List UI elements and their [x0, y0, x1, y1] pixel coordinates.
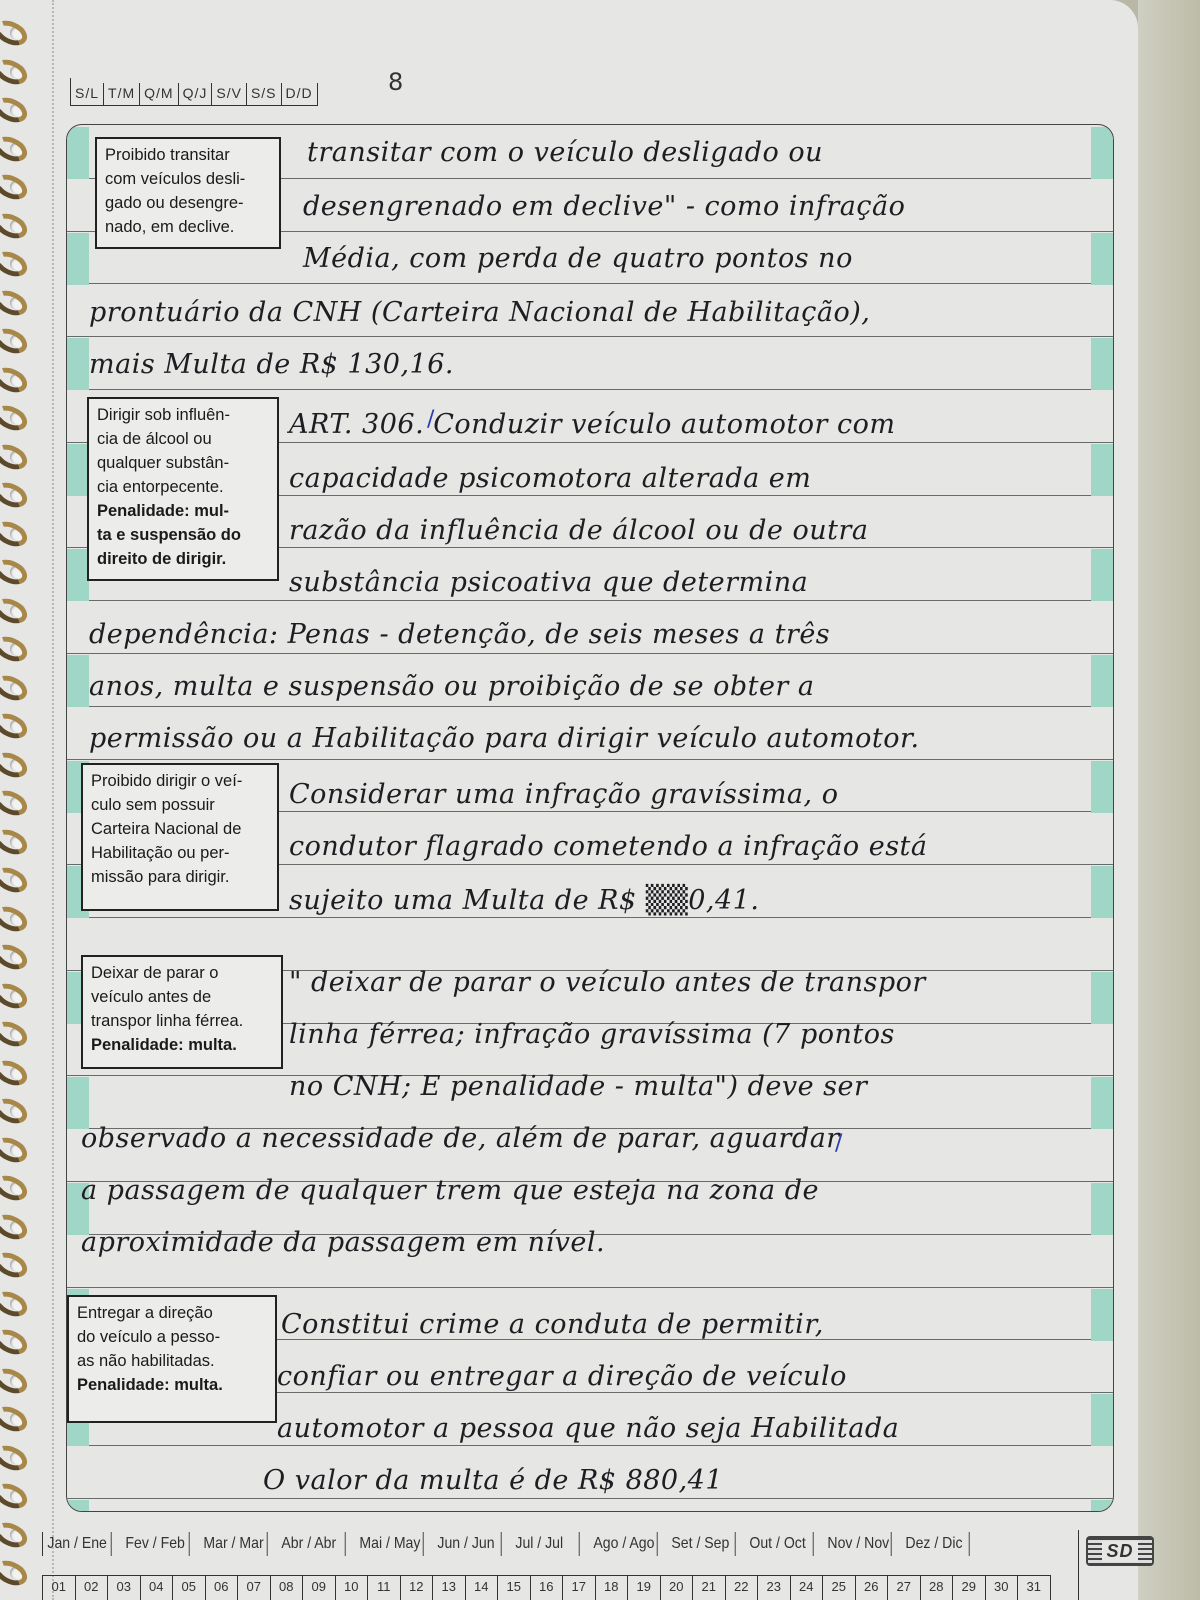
spiral-ring	[0, 824, 31, 858]
margin-tab	[67, 655, 89, 707]
handwritten-note-line: no CNH; E penalidade - multa") deve ser	[289, 1071, 867, 1102]
printed-label-box: Deixar de parar oveículo antes detranspo…	[81, 955, 283, 1069]
spiral-ring	[0, 478, 31, 512]
spiral-ring	[0, 1402, 31, 1436]
printed-label-line: com veículos desli-	[105, 167, 271, 191]
handwritten-note-line: Constitui crime a conduta de permitir,	[281, 1309, 824, 1340]
weekday-box: S/V	[212, 83, 247, 105]
printed-label-line: Proibido transitar	[105, 143, 271, 167]
margin-tab	[67, 1077, 89, 1129]
handwritten-note-line: permissão ou a Habilitação para dirigir …	[89, 723, 920, 754]
margin-tab	[1091, 655, 1113, 707]
day-cell: 03	[108, 1576, 141, 1600]
weekday-box: Q/M	[140, 83, 178, 105]
spiral-ring	[0, 1171, 31, 1205]
day-cell: 16	[531, 1576, 564, 1600]
day-cell: 08	[271, 1576, 304, 1600]
handwritten-note-line: condutor flagrado cometendo a infração e…	[289, 831, 928, 862]
handwritten-note-line: substância psicoativa que determina	[289, 567, 808, 598]
printed-label-line: Dirigir sob influên-	[97, 403, 269, 427]
handwritten-note-line: ART. 306. Conduzir veículo automotor com	[289, 409, 895, 440]
spiral-ring	[0, 131, 31, 165]
printed-label-line: Penalidade: multa.	[91, 1033, 273, 1057]
month-cell: Abr / Abr	[277, 1532, 346, 1556]
day-cell: 23	[758, 1576, 791, 1600]
handwritten-note-line: automotor a pessoa que não seja Habilita…	[277, 1413, 899, 1444]
margin-tab	[67, 338, 89, 390]
spiral-ring	[0, 1440, 31, 1474]
day-cell: 07	[238, 1576, 271, 1600]
spiral-ring	[0, 670, 31, 704]
margin-tab	[1091, 1183, 1113, 1235]
printed-label-line: ta e suspensão do	[97, 523, 269, 547]
ruled-line	[67, 653, 1113, 654]
ruled-line	[67, 600, 1113, 601]
spiral-ring	[0, 208, 31, 242]
margin-tab	[1091, 866, 1113, 918]
day-strip: 0102030405060708091011121314151617181920…	[42, 1575, 1051, 1600]
printed-label-line: cia entorpecente.	[97, 475, 269, 499]
handwritten-note-line: dependência: Penas - detenção, de seis m…	[89, 619, 830, 650]
handwritten-note-line: razão da influência de álcool ou de outr…	[289, 515, 868, 546]
margin-tab	[1091, 1077, 1113, 1129]
month-cell: Jun / Jun	[433, 1532, 502, 1556]
margin-tab	[67, 233, 89, 285]
printed-label-line: Entregar a direção	[77, 1301, 267, 1325]
printed-label-line: do veículo a pesso-	[77, 1325, 267, 1349]
margin-tab	[1091, 1289, 1113, 1341]
margin-tab	[67, 1500, 89, 1512]
day-cell: 26	[856, 1576, 889, 1600]
day-cell: 20	[661, 1576, 694, 1600]
spiral-ring	[0, 324, 31, 358]
month-cell: Out / Oct	[745, 1532, 814, 1556]
handwritten-note-line: O valor da multa é de R$ 880,41	[263, 1465, 723, 1496]
margin-tab	[1091, 1394, 1113, 1446]
day-cell: 02	[76, 1576, 109, 1600]
day-cell: 25	[823, 1576, 856, 1600]
divider	[1078, 1530, 1079, 1600]
weekday-box: D/D	[282, 83, 318, 105]
weekday-box: Q/J	[179, 83, 213, 105]
spiral-ring	[0, 439, 31, 473]
day-cell: 27	[888, 1576, 921, 1600]
margin-tab	[67, 549, 89, 601]
day-cell: 29	[953, 1576, 986, 1600]
handwritten-note-line: Considerar uma infração gravíssima, o	[289, 779, 838, 810]
day-cell: 24	[791, 1576, 824, 1600]
spiral-ring	[0, 940, 31, 974]
handwritten-note-line: prontuário da CNH (Carteira Nacional de …	[89, 297, 870, 328]
printed-label-line: culo sem possuir	[91, 793, 269, 817]
spiral-ring	[0, 170, 31, 204]
printed-label-box: Proibido transitarcom veículos desli-gad…	[95, 137, 281, 249]
day-cell: 21	[693, 1576, 726, 1600]
day-cell: 11	[368, 1576, 401, 1600]
spiral-ring	[0, 632, 31, 666]
day-cell: 12	[401, 1576, 434, 1600]
printed-label-line: nado, em declive.	[105, 215, 271, 239]
spiral-ring	[0, 93, 31, 127]
month-cell: Mar / Mar	[199, 1532, 268, 1556]
day-cell: 15	[498, 1576, 531, 1600]
pen-mark-icon: /	[427, 407, 434, 432]
day-cell: 17	[563, 1576, 596, 1600]
spiral-ring	[0, 1479, 31, 1513]
margin-tab	[1091, 1500, 1113, 1512]
margin-tab	[1091, 233, 1113, 285]
spiral-ring	[0, 593, 31, 627]
handwritten-note-line: capacidade psicomotora alterada em	[289, 463, 811, 494]
spiral-ring	[0, 54, 31, 88]
spiral-ring	[0, 516, 31, 550]
spiral-ring	[0, 747, 31, 781]
ruled-line	[67, 917, 1113, 918]
printed-label-line: cia de álcool ou	[97, 427, 269, 451]
printed-label-line: as não habilitadas.	[77, 1349, 267, 1373]
margin-tab	[67, 444, 89, 496]
handwritten-note-line: a passagem de qualquer trem que esteja n…	[81, 1175, 819, 1206]
printed-label-box: Proibido dirigir o veí-culo sem possuirC…	[81, 763, 279, 911]
brand-logo-text: SD	[1102, 1541, 1137, 1562]
handwritten-note-line: desengrenado em declive" - como infração	[303, 191, 905, 222]
ruled-sheet: Proibido transitarcom veículos desli-gad…	[66, 124, 1114, 1512]
spiral-ring	[0, 978, 31, 1012]
handwritten-note-line: " deixar de parar o veículo antes de tra…	[289, 967, 926, 998]
ruled-line	[67, 1498, 1113, 1499]
printed-label-box: Dirigir sob influên-cia de álcool ouqual…	[87, 397, 279, 581]
spiral-ring	[0, 247, 31, 281]
spiral-ring	[0, 16, 31, 50]
printed-label-line: Penalidade: mul-	[97, 499, 269, 523]
spiral-ring	[0, 1325, 31, 1359]
brand-logo: SD	[1086, 1536, 1154, 1566]
day-cell: 01	[43, 1576, 76, 1600]
spiral-ring	[0, 1363, 31, 1397]
ruled-line	[67, 389, 1113, 390]
spiral-ring	[0, 1248, 31, 1282]
spiral-ring	[0, 1556, 31, 1590]
spiral-ring	[0, 901, 31, 935]
printed-label-line: gado ou desengre-	[105, 191, 271, 215]
handwritten-note-line: anos, multa e suspensão ou proibição de …	[89, 671, 815, 702]
margin-tab	[1091, 444, 1113, 496]
spiral-ring	[0, 863, 31, 897]
day-cell: 06	[206, 1576, 239, 1600]
printed-label-line: Habilitação ou per-	[91, 841, 269, 865]
day-cell: 14	[466, 1576, 499, 1600]
weekday-box: T/M	[104, 83, 140, 105]
page-number: 8	[388, 68, 403, 96]
spiral-ring	[0, 786, 31, 820]
handwritten-note-line: aproximidade da passagem em nível.	[81, 1227, 605, 1258]
margin-tab	[67, 127, 89, 179]
handwritten-note-line: confiar ou entregar a direção de veículo	[277, 1361, 847, 1392]
printed-label-line: Penalidade: multa.	[77, 1373, 267, 1397]
spiral-ring	[0, 1094, 31, 1128]
ruled-line	[67, 1445, 1113, 1446]
printed-label-line: missão para dirigir.	[91, 865, 269, 889]
day-cell: 04	[141, 1576, 174, 1600]
day-cell: 05	[173, 1576, 206, 1600]
ruled-line	[67, 283, 1113, 284]
handwritten-note-line: sujeito uma Multa de R$ ▒▒0,41.	[289, 885, 759, 916]
month-cell: Fev / Feb	[121, 1532, 190, 1556]
perforation-line	[52, 0, 54, 1600]
handwritten-note-line: Média, com perda de quatro pontos no	[303, 243, 853, 274]
weekday-selector: S/LT/MQ/MQ/JS/VS/SD/D	[70, 78, 318, 106]
spiral-ring	[0, 401, 31, 435]
weekday-box: S/L	[71, 83, 104, 105]
spiral-ring	[0, 1286, 31, 1320]
month-cell: Jul / Jul	[511, 1532, 580, 1556]
printed-label-line: veículo antes de	[91, 985, 273, 1009]
spiral-ring	[0, 555, 31, 589]
day-cell: 09	[303, 1576, 336, 1600]
ruled-line	[67, 336, 1113, 337]
day-cell: 31	[1018, 1576, 1051, 1600]
day-cell: 22	[726, 1576, 759, 1600]
ruled-line	[67, 1287, 1113, 1288]
month-cell: Jan / Ene	[43, 1532, 112, 1556]
weekday-box: S/S	[247, 83, 282, 105]
month-cell: Dez / Dic	[901, 1532, 970, 1556]
margin-tab	[1091, 549, 1113, 601]
printed-label-line: Deixar de parar o	[91, 961, 273, 985]
margin-tab	[1091, 127, 1113, 179]
day-cell: 30	[986, 1576, 1019, 1600]
margin-tab	[1091, 338, 1113, 390]
pen-mark-icon: /	[835, 1131, 842, 1156]
printed-label-line: Proibido dirigir o veí-	[91, 769, 269, 793]
month-cell: Nov / Nov	[823, 1532, 892, 1556]
handwritten-note-line: linha férrea; infração gravíssima (7 pon…	[289, 1019, 895, 1050]
printed-label-line: qualquer substân-	[97, 451, 269, 475]
day-cell: 19	[628, 1576, 661, 1600]
printed-label-line: Carteira Nacional de	[91, 817, 269, 841]
spiral-ring	[0, 1055, 31, 1089]
handwritten-note-line: observado a necessidade de, além de para…	[81, 1123, 840, 1154]
day-cell: 13	[433, 1576, 466, 1600]
spiral-ring	[0, 285, 31, 319]
printed-label-line: transpor linha férrea.	[91, 1009, 273, 1033]
handwritten-note-line: mais Multa de R$ 130,16.	[89, 349, 454, 380]
spiral-binding	[0, 0, 40, 1600]
spiral-ring	[0, 1017, 31, 1051]
month-cell: Set / Sep	[667, 1532, 736, 1556]
month-cell: Ago / Ago	[589, 1532, 658, 1556]
day-cell: 18	[596, 1576, 629, 1600]
ruled-line	[67, 759, 1113, 760]
month-cell: Mai / May	[355, 1532, 424, 1556]
printed-label-box: Entregar a direçãodo veículo a pesso-as …	[67, 1295, 277, 1423]
margin-tab	[1091, 972, 1113, 1024]
day-cell: 28	[921, 1576, 954, 1600]
month-strip: Jan / EneFev / FebMar / MarAbr / AbrMai …	[42, 1532, 979, 1556]
spiral-ring	[0, 1132, 31, 1166]
spiral-ring	[0, 709, 31, 743]
spiral-ring	[0, 1209, 31, 1243]
day-cell: 10	[336, 1576, 369, 1600]
spiral-ring	[0, 1517, 31, 1551]
printed-label-line: direito de dirigir.	[97, 547, 269, 571]
spiral-ring	[0, 362, 31, 396]
ruled-line	[67, 706, 1113, 707]
handwritten-note-line: transitar com o veículo desligado ou	[307, 137, 823, 168]
background-surface	[1138, 0, 1200, 1600]
margin-tab	[1091, 761, 1113, 813]
